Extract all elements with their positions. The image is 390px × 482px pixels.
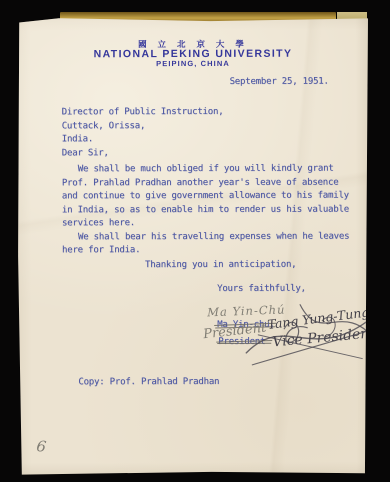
body-line: services here. — [62, 218, 135, 228]
body-line: in India, so as to enable him to render … — [62, 204, 349, 215]
body-line: Prof. Prahlad Pradhan another year's lea… — [62, 177, 339, 188]
body-line: and continue to give government allowanc… — [62, 191, 349, 202]
recipient-line: Director of Public Instruction, — [62, 107, 224, 117]
letterhead-city: PEIPING, CHINA — [17, 59, 370, 69]
body-line: We shall bear his travelling expenses wh… — [78, 231, 349, 242]
letter-paper: 國 立 北 京 大 學 NATIONAL PEKING UNIVERSITY P… — [16, 17, 370, 477]
body-line: here for India. — [62, 245, 140, 255]
salutation: Dear Sir, — [62, 148, 109, 158]
recipient-line: India. — [62, 134, 93, 144]
copy-line: Copy: Prof. Prahlad Pradhan — [78, 377, 219, 387]
signature-scribble — [242, 293, 382, 378]
page-number-pencil: 6 — [35, 437, 47, 456]
recipient-line: Cuttack, Orissa, — [62, 121, 146, 131]
scanned-letter-photo: { "letterhead": { "chinese": "國 立 北 京 大 … — [0, 0, 390, 482]
date-line: September 25, 1951. — [230, 77, 329, 87]
body-line: We shall be much obliged if you will kin… — [78, 164, 334, 175]
closing-thanks: Thanking you in anticipation, — [145, 260, 296, 270]
